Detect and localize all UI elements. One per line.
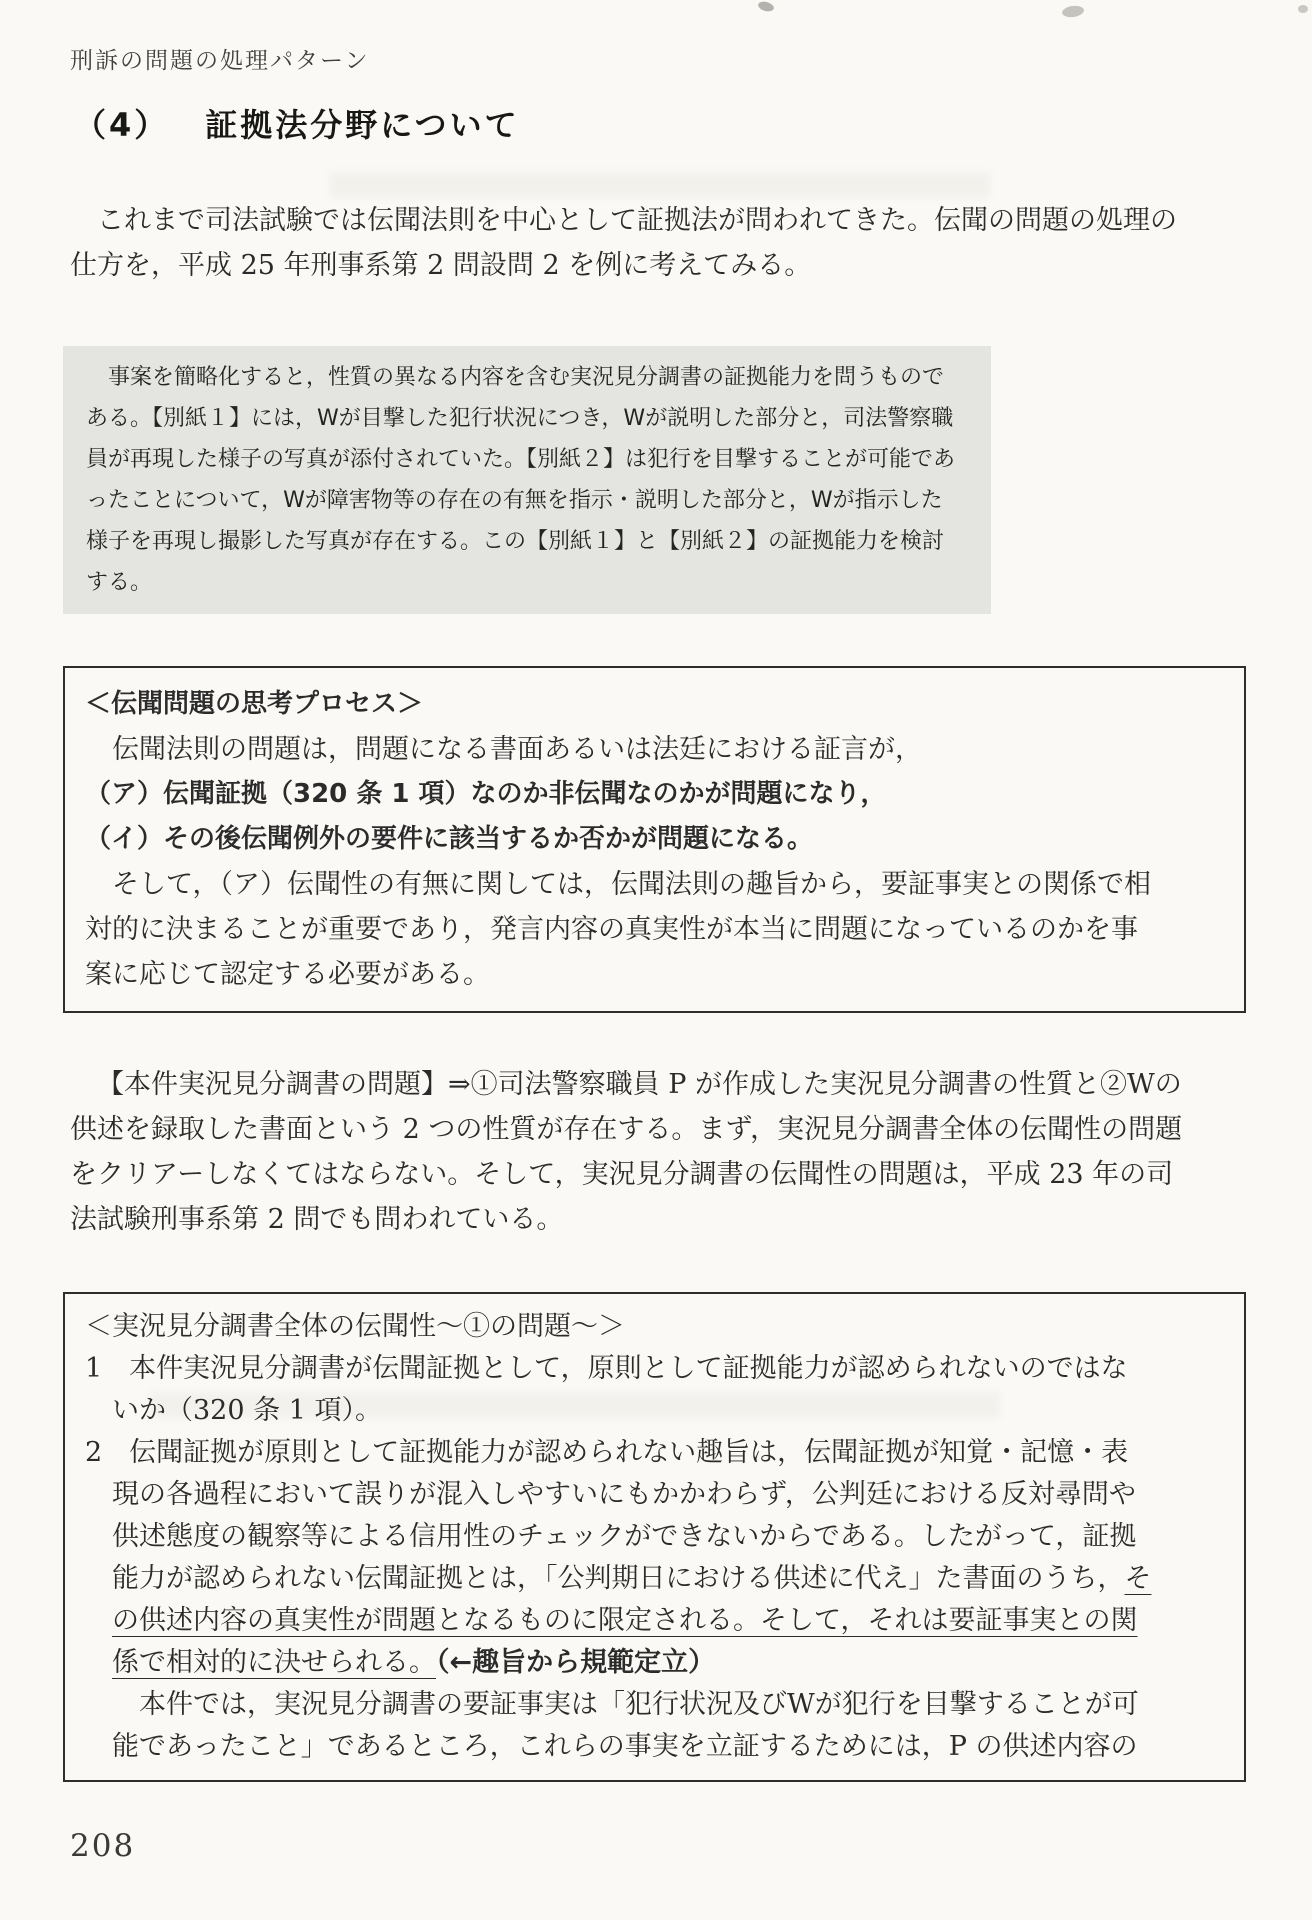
text-line: これまで司法試験では伝聞法則を中心として証拠法が問われてきた。伝聞の問題の処理の: [70, 198, 1252, 243]
running-head: 刑訴の問題の処理パターン: [70, 42, 370, 75]
scan-speck-artifact: [1061, 5, 1084, 19]
underlined-text-segment: そ: [1125, 1563, 1152, 1594]
item2-line: 能力が認められない伝聞証拠とは，「公判期日における供述に代え」た書面のうち，そ: [85, 1558, 1224, 1600]
text-line: そして，（ア）伝聞性の有無に関しては，伝聞法則の趣旨から，要証事実との関係で相: [85, 862, 1224, 907]
underlined-text-segment: 係で相対的に決せられる。: [112, 1647, 436, 1678]
text-line: 仕方を，平成 25 年刑事系第 2 問設問 2 を例に考えてみる。: [70, 243, 1252, 288]
item1-line: 1 本件実況見分調書が伝聞証拠として，原則として証拠能力が認められないのではな: [85, 1348, 1224, 1390]
section-title-text: 証拠法分野について: [205, 106, 519, 144]
main-issue-paragraph: 【本件実況見分調書の問題】⇒①司法警察職員 P が作成した実況見分調書の性質と②…: [70, 1062, 1258, 1242]
underlined-text-segment: の供述内容の真実性が問題となるものに限定される。そして，それは要証事実との関: [112, 1605, 1137, 1636]
text-line: 伝聞法則の問題は，問題になる書面あるいは法廷における証言が，: [85, 727, 1224, 772]
text-line: をクリアーしなくてはならない。そして，実況見分調書の伝聞性の問題は，平成 23 …: [70, 1152, 1258, 1197]
scanned-book-page: { "page": { "running_head": "刑訴の問題の処理パター…: [0, 0, 1312, 1920]
section-number: （4）: [74, 106, 169, 144]
text-line: 供述を録取した書面という 2 つの性質が存在する。まず，実況見分調書全体の伝聞性…: [70, 1107, 1258, 1152]
text-line: 様子を再現し撮影した写真が存在する。この【別紙１】と【別紙２】の証拠能力を検討: [86, 521, 968, 562]
section-title: （4）証拠法分野について: [74, 100, 520, 146]
text-line: ある。【別紙１】には，Wが目撃した犯行状況につき，Wが説明した部分と，司法警察職: [86, 398, 968, 439]
text-line: する。: [86, 562, 968, 603]
text-line: 【本件実況見分調書の問題】⇒①司法警察職員 P が作成した実況見分調書の性質と②…: [70, 1062, 1258, 1107]
case-summary-box: 事案を簡略化すると，性質の異なる内容を含む実況見分調書の証拠能力を問うもので あ…: [63, 346, 991, 614]
scan-speck-artifact: [757, 0, 775, 13]
point-a-line: （ア）伝聞証拠（320 条 1 項）なのか非伝聞なのかが問題になり，: [85, 772, 1224, 817]
scan-speck-artifact: [1298, 5, 1308, 13]
bold-note-segment: （←趣旨から規範定立）: [436, 1647, 715, 1678]
item1-line: いか（320 条 1 項）。: [85, 1390, 1224, 1432]
text-line: ったことについて，Wが障害物等の存在の有無を指示・説明した部分と，Wが指示した: [86, 480, 968, 521]
point-b-line: （イ）その後伝聞例外の要件に該当するか否かが問題になる。: [85, 817, 1224, 862]
item2-line: 係で相対的に決せられる。（←趣旨から規範定立）: [85, 1642, 1224, 1684]
box-title: ＜実況見分調書全体の伝聞性～①の問題～＞: [85, 1306, 1224, 1348]
text-line: 員が再現した様子の写真が添付されていた。【別紙２】は犯行を目撃することが可能であ: [86, 439, 968, 480]
item2-line: 能であったこと」であるところ，これらの事実を立証するためには，P の供述内容の: [85, 1726, 1224, 1768]
text-line: 事案を簡略化すると，性質の異なる内容を含む実況見分調書の証拠能力を問うもので: [86, 357, 968, 398]
text-line: 対的に決まることが重要であり，発言内容の真実性が本当に問題になっているのかを事: [85, 907, 1224, 952]
page-number: 208: [70, 1828, 135, 1864]
text-line: 案に応じて認定する必要がある。: [85, 952, 1224, 997]
item2-line: の供述内容の真実性が問題となるものに限定される。そして，それは要証事実との関: [85, 1600, 1224, 1642]
item2-line: 供述態度の観察等による信用性のチェックができないからである。したがって，証拠: [85, 1516, 1224, 1558]
item2-line: 2 伝聞証拠が原則として証拠能力が認められない趣旨は，伝聞証拠が知覚・記憶・表: [85, 1432, 1224, 1474]
text-segment: 能力が認められない伝聞証拠とは，「公判期日における供述に代え」た書面のうち，: [112, 1563, 1125, 1594]
item2-line: 本件では，実況見分調書の要証事実は「犯行状況及びWが犯行を目撃することが可: [85, 1684, 1224, 1726]
item2-line: 現の各過程において誤りが混入しやすいにもかかわらず，公判廷における反対尋問や: [85, 1474, 1224, 1516]
thought-process-box: ＜伝聞問題の思考プロセス＞ 伝聞法則の問題は，問題になる書面あるいは法廷における…: [63, 666, 1246, 1013]
box-title: ＜伝聞問題の思考プロセス＞: [85, 682, 1224, 727]
bleed-through-artifact: [330, 172, 990, 198]
text-line: 法試験刑事系第 2 問でも問われている。: [70, 1197, 1258, 1242]
intro-paragraph: これまで司法試験では伝聞法則を中心として証拠法が問われてきた。伝聞の問題の処理の…: [70, 198, 1252, 288]
analysis-box: ＜実況見分調書全体の伝聞性～①の問題～＞ 1 本件実況見分調書が伝聞証拠として，…: [63, 1292, 1246, 1782]
